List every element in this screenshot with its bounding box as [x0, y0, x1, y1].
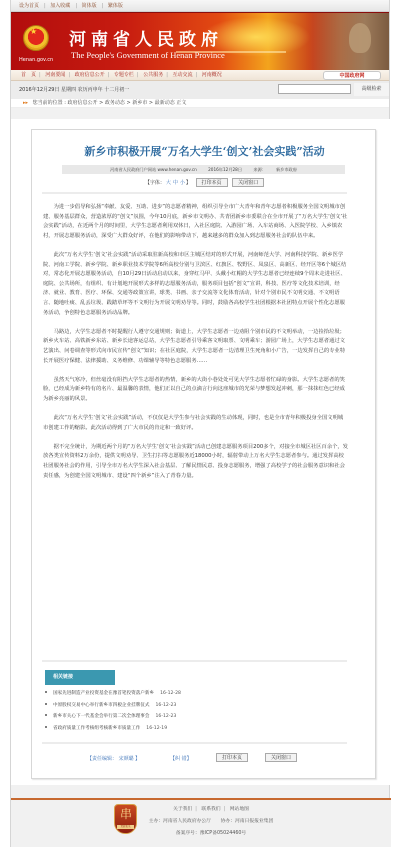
footer-link-about[interactable]: 关于我们 — [173, 807, 192, 812]
site-banner: ★ Henan.gov.cn 河南省人民政府 The People's Gove… — [11, 12, 389, 70]
nav-item-henan-news[interactable]: 河南要闻 — [45, 72, 65, 78]
nav-item-gov-info[interactable]: 政府信息公开 — [75, 72, 105, 78]
emblem-star-icon: ★ — [30, 28, 37, 36]
font-size-label: 【字体： — [145, 180, 165, 186]
site-subtitle: The People's Government of Henan Provinc… — [71, 50, 225, 60]
close-window-button[interactable]: 关闭窗口 — [232, 178, 264, 187]
article-meta: 河南省人民政府门户网站 www.henan.gov.cn 2016年12月28日… — [62, 165, 345, 174]
breadcrumb-item-body: 正文 — [176, 100, 186, 106]
related-link-date: 16-12-28 — [160, 691, 181, 696]
article-paragraph: 据不完全统计，为期近两个月的“万名大学生‘创文’社会实践”活动已创建志愿服务项目… — [43, 443, 348, 481]
article-paragraph: 为进一步倡导和弘扬“奉献、友爱、互助、进步”的志愿者精神，组织引导全市广大青年和… — [43, 203, 348, 241]
separator: | — [39, 72, 41, 78]
responsible-editor: 【责任编辑： 宋颜璐 】 — [87, 755, 140, 762]
traditional-chinese-link[interactable]: 繁体版 — [108, 3, 123, 9]
related-links-header: 相关链接 — [45, 670, 115, 685]
related-link-title[interactable]: 新乡市关心下一代基金会举行第二次全体理事会 — [53, 714, 149, 719]
separator: | — [224, 807, 226, 812]
bullet-icon — [45, 726, 47, 728]
print-page-button[interactable]: 打印本页 — [196, 178, 228, 187]
set-homepage-link[interactable]: 设为首页 — [19, 3, 39, 9]
separator: | — [102, 3, 104, 9]
related-link-item[interactable]: 中原股权交易中心举行新乡市四板企业挂牌仪式16-12-23 — [42, 700, 342, 712]
nav-item-special-topics[interactable]: 专题专栏 — [114, 72, 134, 78]
date-search-bar: 2016年12月29日 星期四 农历丙申年 十二月初一 高级检索 — [11, 81, 389, 99]
footer-host: 主办：河南省人民政府办公厅 — [149, 819, 211, 824]
footer-link-contact[interactable]: 联系我们 — [201, 807, 220, 812]
article-source: 新乡市政府 — [276, 167, 297, 172]
related-link-title[interactable]: 省政府质量工作考核组考核新乡市质量工作 — [53, 726, 140, 731]
separator: | — [166, 72, 168, 78]
article-source-label: 来源： — [253, 167, 266, 172]
separator: | — [195, 807, 197, 812]
advanced-search-button[interactable]: 高级检索 — [354, 83, 389, 96]
separator: | — [137, 72, 139, 78]
separator: | — [108, 72, 110, 78]
footer-link-sitemap[interactable]: 网站地图 — [230, 807, 249, 812]
bullet-icon — [45, 714, 47, 716]
top-utility-bar: 设为首页| 加入收藏| 简体版| 繁体版 — [11, 0, 389, 12]
breadcrumb-arrow-icon: ▸▸ — [23, 100, 28, 106]
print-page-button-bottom[interactable]: 打印本页 — [216, 753, 248, 762]
article-site: 河南省人民政府门户网站 www.henan.gov.cn — [110, 167, 197, 172]
article-paragraph: 此次“万名大学生‘创文’社会实践”活动采取驻新高校和市区主城区结对的形式开展，河… — [43, 251, 348, 318]
article-paragraph: 虽然天气寒冷，但丝毫没有阻挡大学生志愿者的热情，新乡的大街小巷处处可见大学生志愿… — [43, 376, 348, 405]
related-link-date: 16-12-19 — [146, 726, 167, 731]
footer-cohost: 协办：河南日报报业集团 — [221, 819, 274, 824]
page-container: 设为首页| 加入收藏| 简体版| 繁体版 ★ Henan.gov.cn 河南省人… — [10, 0, 390, 847]
current-weekday: 星期四 — [61, 87, 76, 93]
nav-item-home[interactable]: 首 页 — [21, 72, 36, 78]
article-tools: 【字体：大中小】 打印本页 关闭窗口 — [32, 178, 377, 187]
related-link-item[interactable]: 新乡市关心下一代基金会举行第二次全体理事会16-12-23 — [42, 711, 342, 723]
related-link-item[interactable]: 国家先进制造产业投资基金在豫首笔投资落户新乡16-12-28 — [42, 688, 342, 700]
footer-icp: 备案序号：豫ICP备05024460号 — [11, 829, 400, 836]
site-title[interactable]: 河南省人民政府 — [69, 25, 223, 50]
separator: | — [44, 3, 46, 9]
article-date: 2016年12月28日 — [208, 167, 242, 172]
content-area: 新乡市积极开展“万名大学生‘创文’社会实践”活动 河南省人民政府门户网站 www… — [11, 119, 391, 785]
divider — [42, 660, 347, 662]
breadcrumb-item-xinxiang[interactable]: 新乡市 — [132, 100, 147, 106]
site-footer: 串 党政机关 关于我们| 联系我们| 网站地图 主办：河南省人民政府办公厅 协办… — [11, 800, 391, 847]
related-link-item[interactable]: 省政府质量工作考核组考核新乡市质量工作16-12-19 — [42, 723, 342, 735]
font-size-small[interactable]: 小 — [180, 180, 185, 186]
search-input[interactable] — [278, 84, 351, 94]
simplified-chinese-link[interactable]: 简体版 — [82, 3, 97, 9]
footer-hosts: 主办：河南省人民政府办公厅 协办：河南日报报业集团 — [11, 817, 400, 824]
divider — [42, 742, 347, 744]
breadcrumb-item-gov-affairs[interactable]: 政务动态 — [105, 100, 125, 106]
breadcrumb-separator: > — [127, 100, 131, 106]
breadcrumb-item-gov-info[interactable]: 政府信息公开 — [68, 100, 98, 106]
breadcrumb-prefix: 您当前的位置 : — [33, 100, 66, 106]
related-link-title[interactable]: 中原股权交易中心举行新乡市四板企业挂牌仪式 — [53, 703, 149, 708]
article-paragraph: 马路边，大学生志愿者不时提醒行人遵守交通规则；街道上，大学生志愿者一边劝阻个别市… — [43, 328, 348, 366]
font-size-large[interactable]: 大 — [166, 180, 171, 186]
related-link-date: 16-12-23 — [155, 703, 176, 708]
footer-links: 关于我们| 联系我们| 网站地图 — [11, 805, 400, 812]
font-size-label-close: 】 — [186, 180, 191, 186]
breadcrumb-separator: > — [149, 100, 153, 106]
nav-item-interaction[interactable]: 互动交流 — [172, 72, 192, 78]
separator: | — [68, 72, 70, 78]
related-link-date: 16-12-23 — [155, 714, 176, 719]
article-paragraph: 此次“万名大学生‘创文’社会实践”活动，不仅仅是大学生参与社会实践的生动体现，同… — [43, 414, 348, 433]
report-error-link[interactable]: 【纠 错】 — [170, 755, 192, 762]
related-links-list: 国家先进制造产业投资基金在豫首笔投资落户新乡16-12-28 中原股权交易中心举… — [42, 688, 342, 734]
font-size-control: 【字体：大中小】 — [145, 180, 193, 186]
divider — [42, 192, 347, 194]
add-favorite-link[interactable]: 加入收藏 — [50, 3, 70, 9]
article-body: 为进一步倡导和弘扬“奉献、友爱、互助、进步”的志愿者精神，组织引导全市广大青年和… — [43, 203, 348, 491]
bullet-icon — [45, 691, 47, 693]
article-panel: 新乡市积极开展“万名大学生‘创文’社会实践”活动 河南省人民政府门户网站 www… — [31, 129, 376, 779]
lunar-date: 农历丙申年 十二月初一 — [78, 87, 130, 93]
close-window-button-bottom[interactable]: 关闭窗口 — [265, 753, 297, 762]
main-nav: 首 页| 河南要闻| 政府信息公开| 专题专栏| 公共服务| 互动交流| 河南概… — [11, 70, 389, 81]
breadcrumb: ▸▸ 您当前的位置 : 政府信息公开 > 政务动态 > 新乡市 > 最新动态 正… — [11, 99, 389, 108]
font-size-medium[interactable]: 中 — [173, 180, 178, 186]
bullet-icon — [45, 703, 47, 705]
china-gov-link[interactable]: 中国政府网 — [323, 71, 381, 80]
breadcrumb-separator: > — [99, 100, 103, 106]
current-date: 2016年12月29日 — [19, 87, 59, 93]
site-domain: Henan.gov.cn — [19, 57, 53, 63]
breadcrumb-item-latest[interactable]: 最新动态 — [155, 100, 175, 106]
nav-item-henan-overview[interactable]: 河南概况 — [202, 72, 222, 78]
nav-item-public-services[interactable]: 公共服务 — [143, 72, 163, 78]
article-title: 新乡市积极开展“万名大学生‘创文’社会实践”活动 — [32, 143, 377, 159]
separator: | — [196, 72, 198, 78]
buddha-statue-icon — [349, 23, 371, 53]
related-link-title[interactable]: 国家先进制造产业投资基金在豫首笔投资落户新乡 — [53, 691, 154, 696]
separator: | — [75, 3, 77, 9]
